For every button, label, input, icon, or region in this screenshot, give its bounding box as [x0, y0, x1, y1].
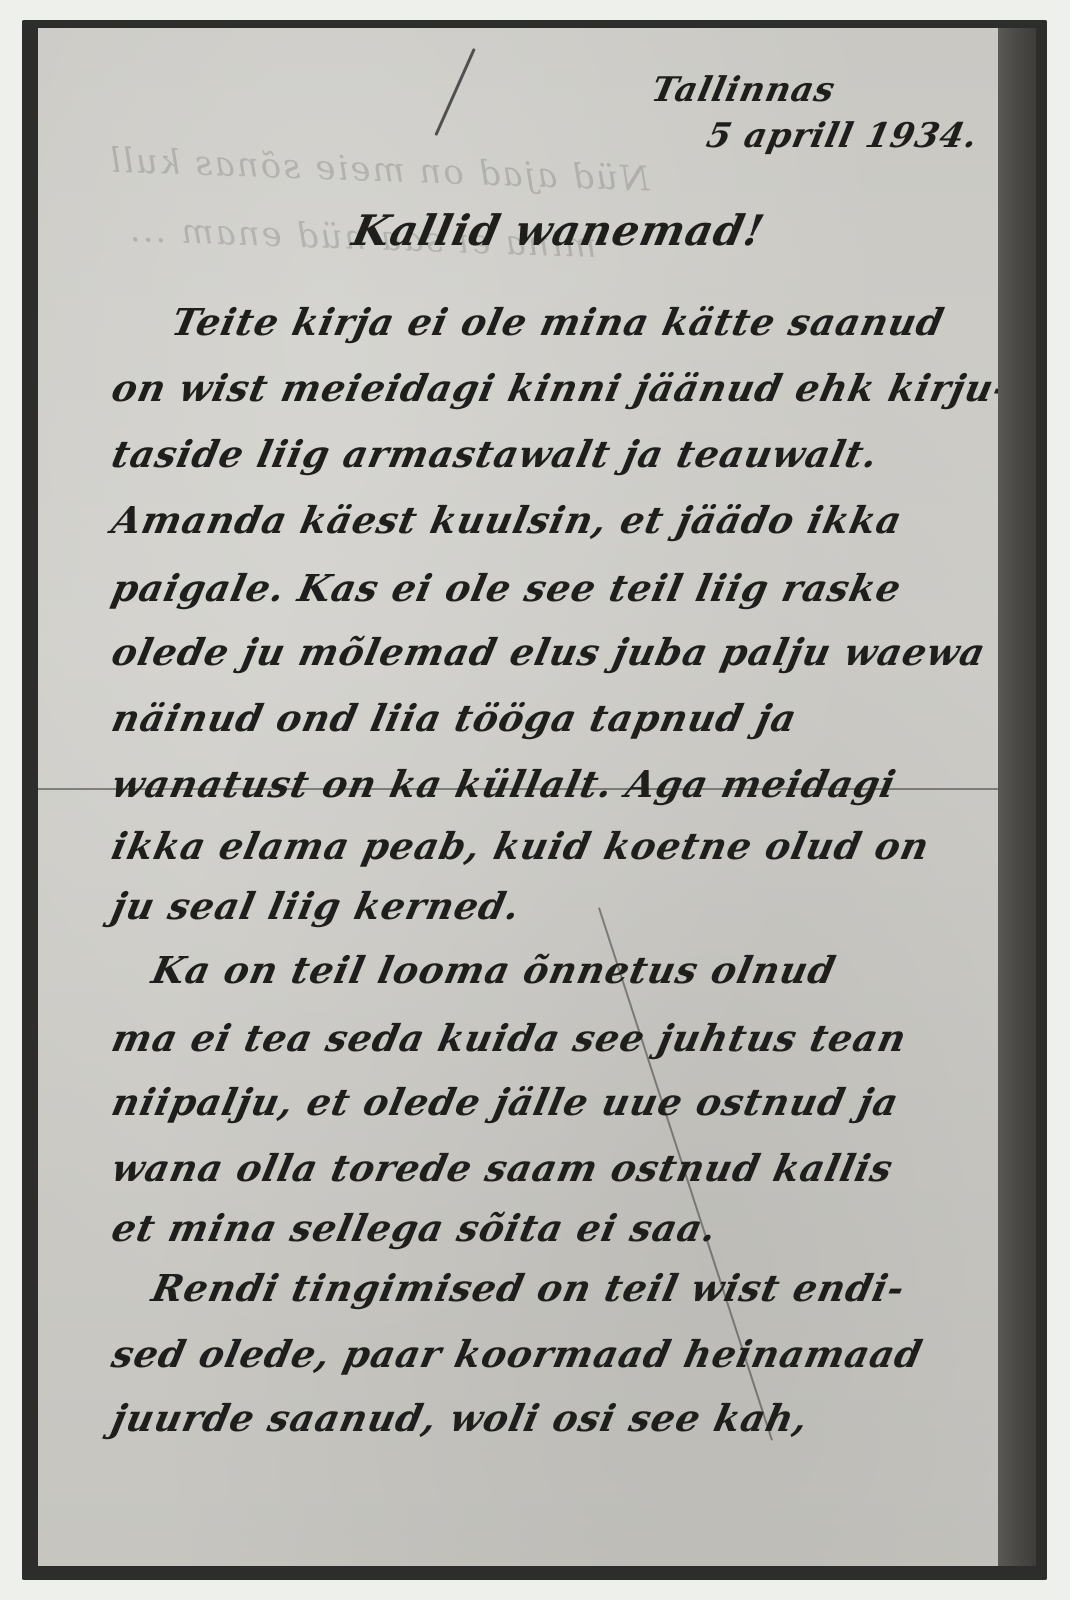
photo-print: Nüd ajad on meie sõnas kull mina ei saa …	[22, 20, 1047, 1580]
letter-line: ikka elama peab, kuid koetne olud on	[108, 824, 934, 868]
letter-line: paigale. Kas ei ole see teil liig raske	[108, 566, 906, 610]
letter-line: taside liig armastawalt ja teauwalt.	[108, 432, 882, 476]
letter-line: ju seal liig kerned.	[108, 884, 525, 928]
letter-line: niipalju, et olede jälle uue ostnud ja	[108, 1080, 903, 1124]
letter-line: Rendi tingimised on teil wist endi-	[148, 1266, 909, 1310]
letter-line: wanatust on ka küllalt. Aga meidagi	[108, 762, 900, 806]
letter-line: on wist meieidagi kinni jäänud ehk kirju…	[108, 366, 1015, 410]
letter-line: Amanda käest kuulsin, et jäädo ikka	[108, 498, 906, 542]
letter-line: Ka on teil looma õnnetus olnud	[148, 948, 840, 992]
letter-salutation: Kallid wanemad!	[348, 206, 769, 255]
letter-date: 5 aprill 1934.	[703, 116, 982, 156]
letter-line: sed olede, paar koormaad heinamaad	[108, 1332, 927, 1376]
letter-line: Teite kirja ei ole mina kätte saanud	[168, 300, 948, 344]
photo-edge-shadow	[998, 28, 1036, 1566]
pen-stroke	[434, 48, 475, 136]
letter-place: Tallinnas	[648, 70, 839, 110]
bleed-through-text: Nüd ajad on meie sõnas kull	[107, 141, 650, 200]
letter-line: wana olla torede saam ostnud kallis	[108, 1146, 897, 1190]
letter-line: et mina sellega sõita ei saa.	[108, 1206, 721, 1250]
letter-line: olede ju mõlemad elus juba palju waewa	[108, 630, 990, 674]
letter-line: näinud ond liia tööga tapnud ja	[108, 696, 801, 740]
letter-line: juurde saanud, woli osi see kah,	[108, 1396, 813, 1440]
letter-line: ma ei tea seda kuida see juhtus tean	[108, 1016, 911, 1060]
letter-paper: Nüd ajad on meie sõnas kull mina ei saa …	[38, 28, 998, 1566]
